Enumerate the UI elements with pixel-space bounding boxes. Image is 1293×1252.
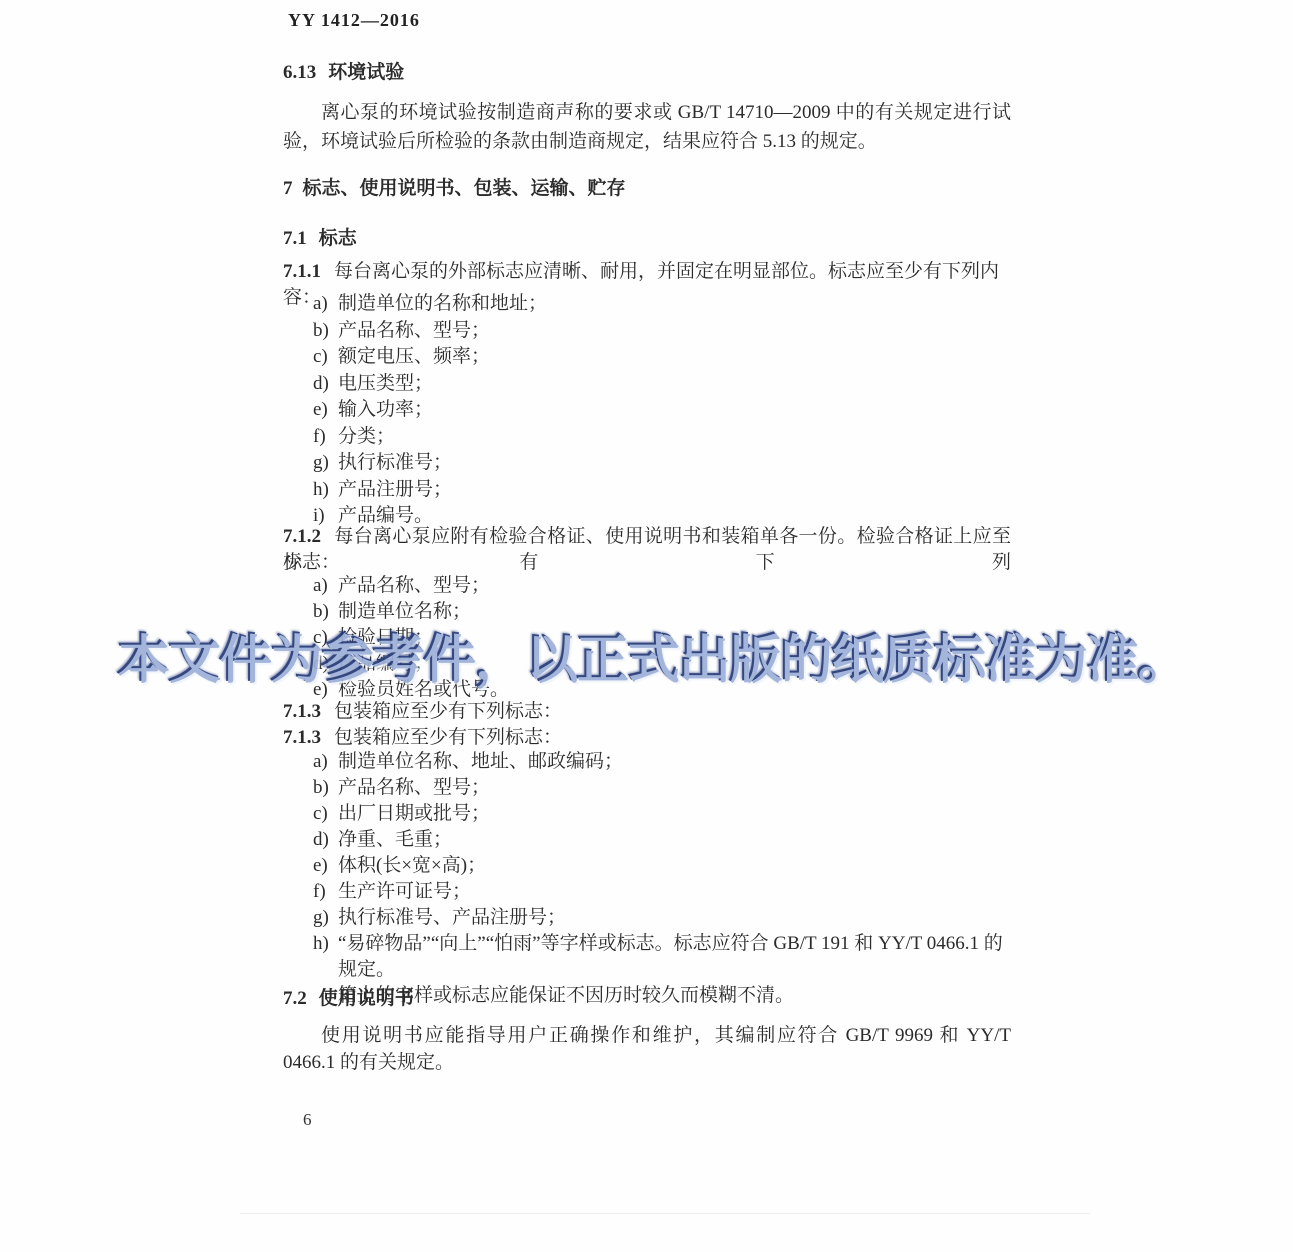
list-item-letter: e)	[313, 853, 338, 879]
list-item-letter: a)	[313, 749, 338, 775]
list-item-text: 产品名称、型号；	[338, 573, 1011, 599]
page-edge-line	[240, 1213, 1090, 1214]
list-item-letter: g)	[313, 905, 338, 931]
list-item-letter: f)	[313, 879, 338, 905]
list-item-text: 体积(长×宽×高)；	[338, 853, 1011, 879]
list-item: d)净重、毛重；	[283, 827, 1011, 853]
list-item-letter: b)	[313, 318, 338, 345]
list-7-1-1: a)制造单位的名称和地址； b)产品名称、型号； c)额定电压、频率； d)电压…	[283, 291, 1011, 530]
list-item-text: “易碎物品”“向上”“怕雨”等字样或标志。标志应符合 GB/T 191 和 YY…	[338, 931, 1011, 983]
clause-number: 7.1.3	[283, 701, 321, 722]
clause-7-1-3-repeat: 7.1.3包装箱应至少有下列标志：	[283, 725, 1011, 751]
list-item-text: 分类；	[338, 424, 1011, 451]
clause-number: 7.1.3	[283, 727, 321, 748]
list-item-letter: d)	[313, 827, 338, 853]
list-item-text: 输入功率；	[338, 397, 1011, 424]
list-item: f)生产许可证号；	[283, 879, 1011, 905]
clause-number: 7.1.1	[283, 261, 321, 282]
list-item-letter: h)	[313, 477, 338, 504]
section-heading-7-1: 7.1标志	[283, 226, 1011, 252]
clause-number: 7	[283, 178, 293, 199]
list-item-text: 出厂日期或批号；	[338, 801, 1011, 827]
list-item: c)额定电压、频率；	[283, 344, 1011, 371]
list-item: b)产品名称、型号；	[283, 775, 1011, 801]
list-item-letter: c)	[313, 344, 338, 371]
list-item-text: 执行标准号；	[338, 450, 1011, 477]
list-item: d)电压类型；	[283, 371, 1011, 398]
reference-copy-watermark: 本文件为参考件，以正式出版的纸质标准为准。	[118, 634, 1189, 690]
list-item-text: 净重、毛重；	[338, 827, 1011, 853]
list-item: e)体积(长×宽×高)；	[283, 853, 1011, 879]
clause-number: 7.1.2	[283, 526, 321, 547]
clause-paragraph-6-13: 离心泵的环境试验按制造商声称的要求或 GB/T 14710—2009 中的有关规…	[283, 99, 1011, 156]
list-item-text: 制造单位的名称和地址；	[338, 291, 1011, 318]
list-item-text: 生产许可证号；	[338, 879, 1011, 905]
list-item: a)制造单位名称、地址、邮政编码；	[283, 749, 1011, 775]
list-item-text: 执行标准号、产品注册号；	[338, 905, 1011, 931]
list-item-text: 制造单位名称、地址、邮政编码；	[338, 749, 1011, 775]
list-item: a)制造单位的名称和地址；	[283, 291, 1011, 318]
list-item-text: 产品名称、型号；	[338, 775, 1011, 801]
clause-paragraph-7-2: 使用说明书应能指导用户正确操作和维护，其编制应符合 GB/T 9969 和 YY…	[283, 1022, 1011, 1076]
clause-number: 7.2	[283, 988, 307, 1009]
list-item-letter: c)	[313, 801, 338, 827]
list-item-letter: b)	[313, 599, 338, 625]
standard-number-header: YY 1412—2016	[288, 10, 420, 31]
list-item: a)产品名称、型号；	[283, 573, 1011, 599]
list-item: c)出厂日期或批号；	[283, 801, 1011, 827]
clause-text: 包装箱应至少有下列标志：	[334, 727, 562, 748]
section-title: 使用说明书	[319, 988, 414, 1009]
list-7-1-3: a)制造单位名称、地址、邮政编码； b)产品名称、型号； c)出厂日期或批号； …	[283, 749, 1011, 1009]
list-item: g)执行标准号；	[283, 450, 1011, 477]
list-item: h)产品注册号；	[283, 477, 1011, 504]
list-item-text: 电压类型；	[338, 371, 1011, 398]
list-item-letter: b)	[313, 775, 338, 801]
document-page: YY 1412—2016 6.13环境试验 离心泵的环境试验按制造商声称的要求或…	[0, 0, 1293, 1252]
section-title: 环境试验	[328, 62, 404, 83]
list-item-letter: f)	[313, 424, 338, 451]
clause-number: 7.1	[283, 228, 307, 249]
page-number: 6	[303, 1110, 312, 1130]
section-heading-7-2: 7.2使用说明书	[283, 986, 1011, 1012]
list-item: g)执行标准号、产品注册号；	[283, 905, 1011, 931]
clause-text: 包装箱应至少有下列标志：	[334, 701, 562, 722]
list-item-letter: a)	[313, 573, 338, 599]
section-title: 标志	[319, 228, 357, 249]
list-item: b)产品名称、型号；	[283, 318, 1011, 345]
list-item-text: 制造单位名称；	[338, 599, 1011, 625]
list-item: e)输入功率；	[283, 397, 1011, 424]
list-item-text: 额定电压、频率；	[338, 344, 1011, 371]
list-item: b)制造单位名称；	[283, 599, 1011, 625]
list-item-letter: e)	[313, 397, 338, 424]
list-item-text: 产品注册号；	[338, 477, 1011, 504]
clause-7-1-3: 7.1.3包装箱应至少有下列标志：	[283, 699, 1011, 725]
list-item-letter: d)	[313, 371, 338, 398]
section-title: 标志、使用说明书、包装、运输、贮存	[303, 178, 626, 199]
list-item: h)“易碎物品”“向上”“怕雨”等字样或标志。标志应符合 GB/T 191 和 …	[283, 931, 1011, 983]
list-item-text: 产品名称、型号；	[338, 318, 1011, 345]
list-item-letter: a)	[313, 291, 338, 318]
list-item-letter: g)	[313, 450, 338, 477]
section-heading-6-13: 6.13环境试验	[283, 60, 1011, 86]
list-item-letter: h)	[313, 931, 338, 983]
clause-number: 6.13	[283, 62, 316, 83]
section-heading-7: 7标志、使用说明书、包装、运输、贮存	[283, 176, 1011, 202]
list-item: f)分类；	[283, 424, 1011, 451]
